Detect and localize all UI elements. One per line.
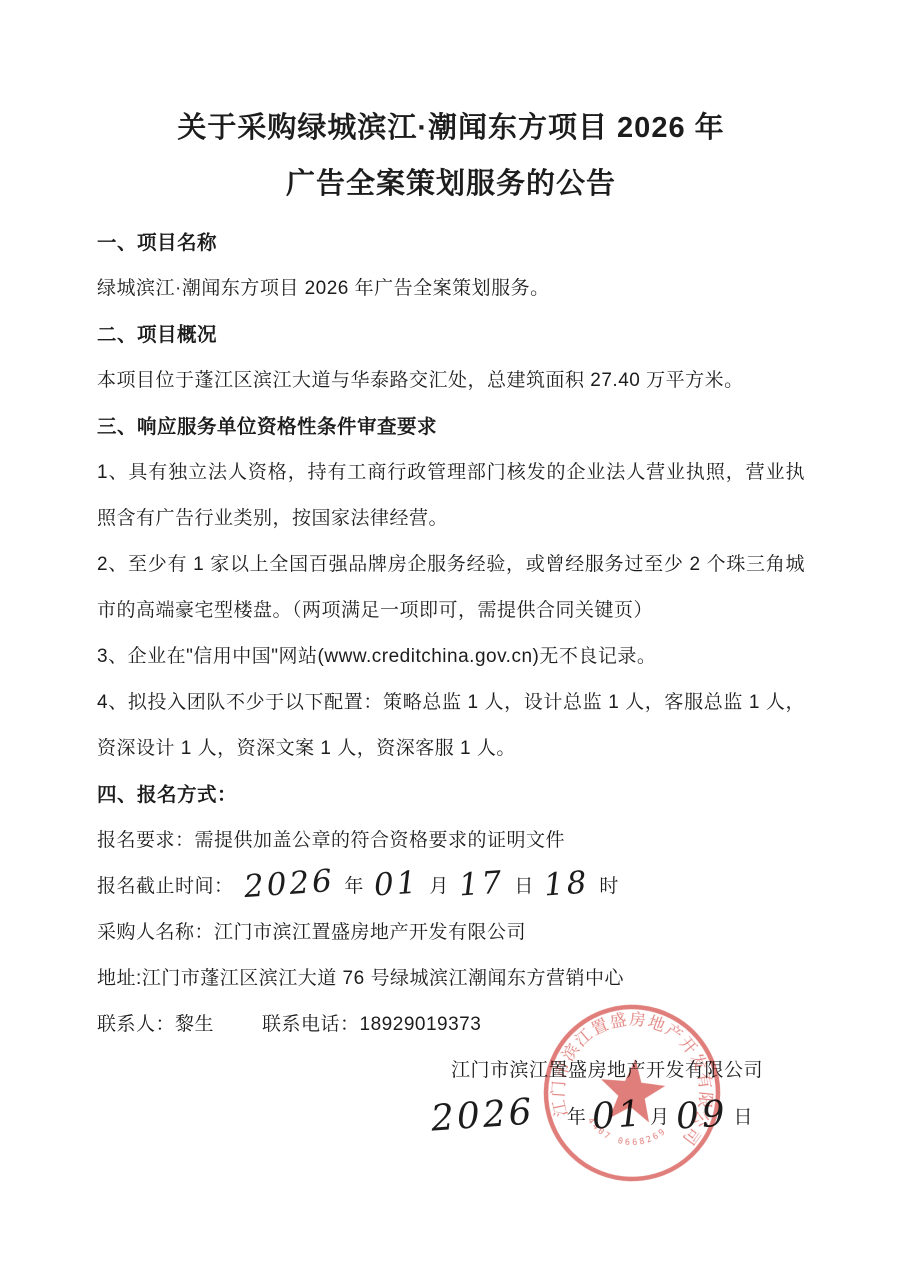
paragraph-qualification-1: 1、具有独立法人资格，持有工商行政管理部门核发的企业法人营业执照，营业执照含有广… <box>97 450 805 542</box>
paragraph-registration-requirement: 报名要求：需提供加盖公章的符合资格要求的证明文件 <box>97 818 805 864</box>
section-heading-project-name: 一、项目名称 <box>97 220 805 266</box>
paragraph-project-overview: 本项目位于蓬江区滨江大道与华泰路交汇处，总建筑面积 27.40 万平方米。 <box>97 358 805 404</box>
phone-number: 18929019373 <box>360 1014 482 1035</box>
seal-number: 4407 0668269 <box>583 1115 670 1152</box>
handwritten-year: 2026 <box>243 866 336 903</box>
deadline-line: 报名截止时间：2026年01月17日18时 <box>97 864 805 910</box>
company-seal: 江门市滨江置盛房地产开发有限公司 4407 0668269 <box>528 989 737 1198</box>
paragraph-qualification-2: 2、至少有 1 家以上全国百强品牌房企服务经验，或曾经服务过至少 2 个珠三角城… <box>97 542 805 634</box>
handwritten-month: 01 <box>373 867 421 901</box>
year-unit: 年 <box>344 876 364 897</box>
title-line-1: 关于采购绿城滨江·潮闻东方项目 2026 年 <box>97 100 805 156</box>
deadline-label: 报名截止时间： <box>97 876 234 897</box>
hour-unit: 时 <box>599 876 619 897</box>
document-title: 关于采购绿城滨江·潮闻东方项目 2026 年 广告全案策划服务的公告 <box>97 100 805 212</box>
section-heading-qualification: 三、响应服务单位资格性条件审查要求 <box>97 404 805 450</box>
document-page: 关于采购绿城滨江·潮闻东方项目 2026 年 广告全案策划服务的公告 一、项目名… <box>0 0 900 1271</box>
section-heading-project-overview: 二、项目概况 <box>97 312 805 358</box>
announcement-document: 关于采购绿城滨江·潮闻东方项目 2026 年 广告全案策划服务的公告 一、项目名… <box>97 100 805 1141</box>
purchaser-name-line: 采购人名称：江门市滨江置盛房地产开发有限公司 <box>97 910 805 956</box>
section-heading-registration: 四、报名方式： <box>97 772 805 818</box>
purchaser-address-line: 地址:江门市蓬江区滨江大道 76 号绿城滨江潮闻东方营销中心 <box>97 956 805 1002</box>
paragraph-qualification-4: 4、拟投入团队不少于以下配置：策略总监 1 人，设计总监 1 人，客服总监 1 … <box>97 680 805 772</box>
paragraph-project-name: 绿城滨江·潮闻东方项目 2026 年广告全案策划服务。 <box>97 266 805 312</box>
paragraph-qualification-3: 3、企业在"信用中国"网站(www.creditchina.gov.cn)无不良… <box>97 634 805 680</box>
handwritten-signature-year: 2026 <box>430 1094 536 1137</box>
handwritten-day: 17 <box>458 867 506 901</box>
day-unit: 日 <box>514 876 534 897</box>
seal-star-icon <box>597 1056 668 1124</box>
contact-label: 联系人： <box>97 1014 175 1035</box>
handwritten-hour: 18 <box>543 867 591 901</box>
phone-label: 联系电话： <box>262 1014 360 1035</box>
contact-name: 黎生 <box>175 1014 214 1035</box>
title-line-2: 广告全案策划服务的公告 <box>97 156 805 212</box>
signature-day-unit: 日 <box>733 1107 753 1128</box>
month-unit: 月 <box>429 876 449 897</box>
